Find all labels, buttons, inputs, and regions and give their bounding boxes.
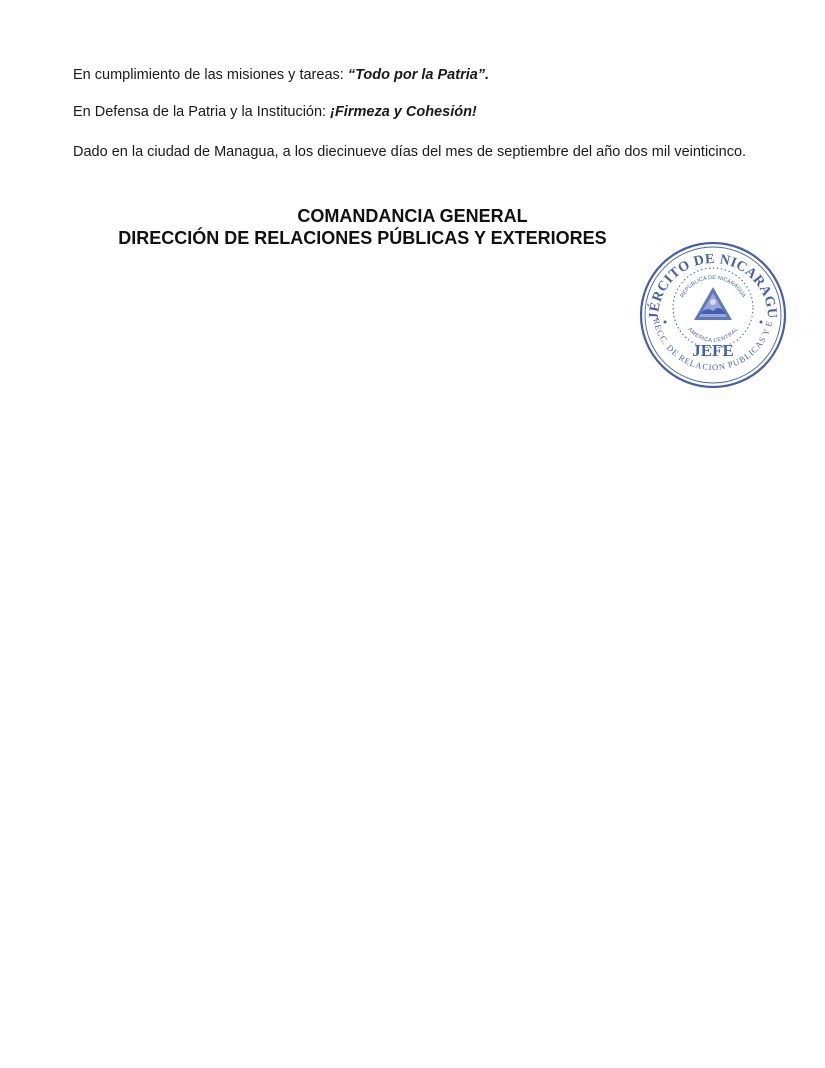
triangle-emblem-icon [694, 287, 732, 320]
date-paragraph: Dado en la ciudad de Managua, a los diec… [73, 144, 757, 161]
defense-motto: ¡Firmeza y Cohesión! [330, 104, 477, 120]
official-seal: EJÉRCITO DE NICARAGUA DIRECC. DE RELACIO… [638, 240, 788, 390]
seal-icon: EJÉRCITO DE NICARAGUA DIRECC. DE RELACIO… [638, 240, 788, 390]
mission-prefix: En cumplimiento de las misiones y tareas… [73, 67, 348, 83]
signature-line-1: COMANDANCIA GENERAL [0, 206, 825, 227]
defense-paragraph: En Defensa de la Patria y la Institución… [73, 104, 477, 121]
mission-motto: “Todo por la Patria”. [348, 67, 489, 83]
defense-prefix: En Defensa de la Patria y la Institución… [73, 104, 330, 120]
seal-center-label: JEFE [692, 341, 734, 360]
mission-paragraph: En cumplimiento de las misiones y tareas… [73, 67, 489, 84]
